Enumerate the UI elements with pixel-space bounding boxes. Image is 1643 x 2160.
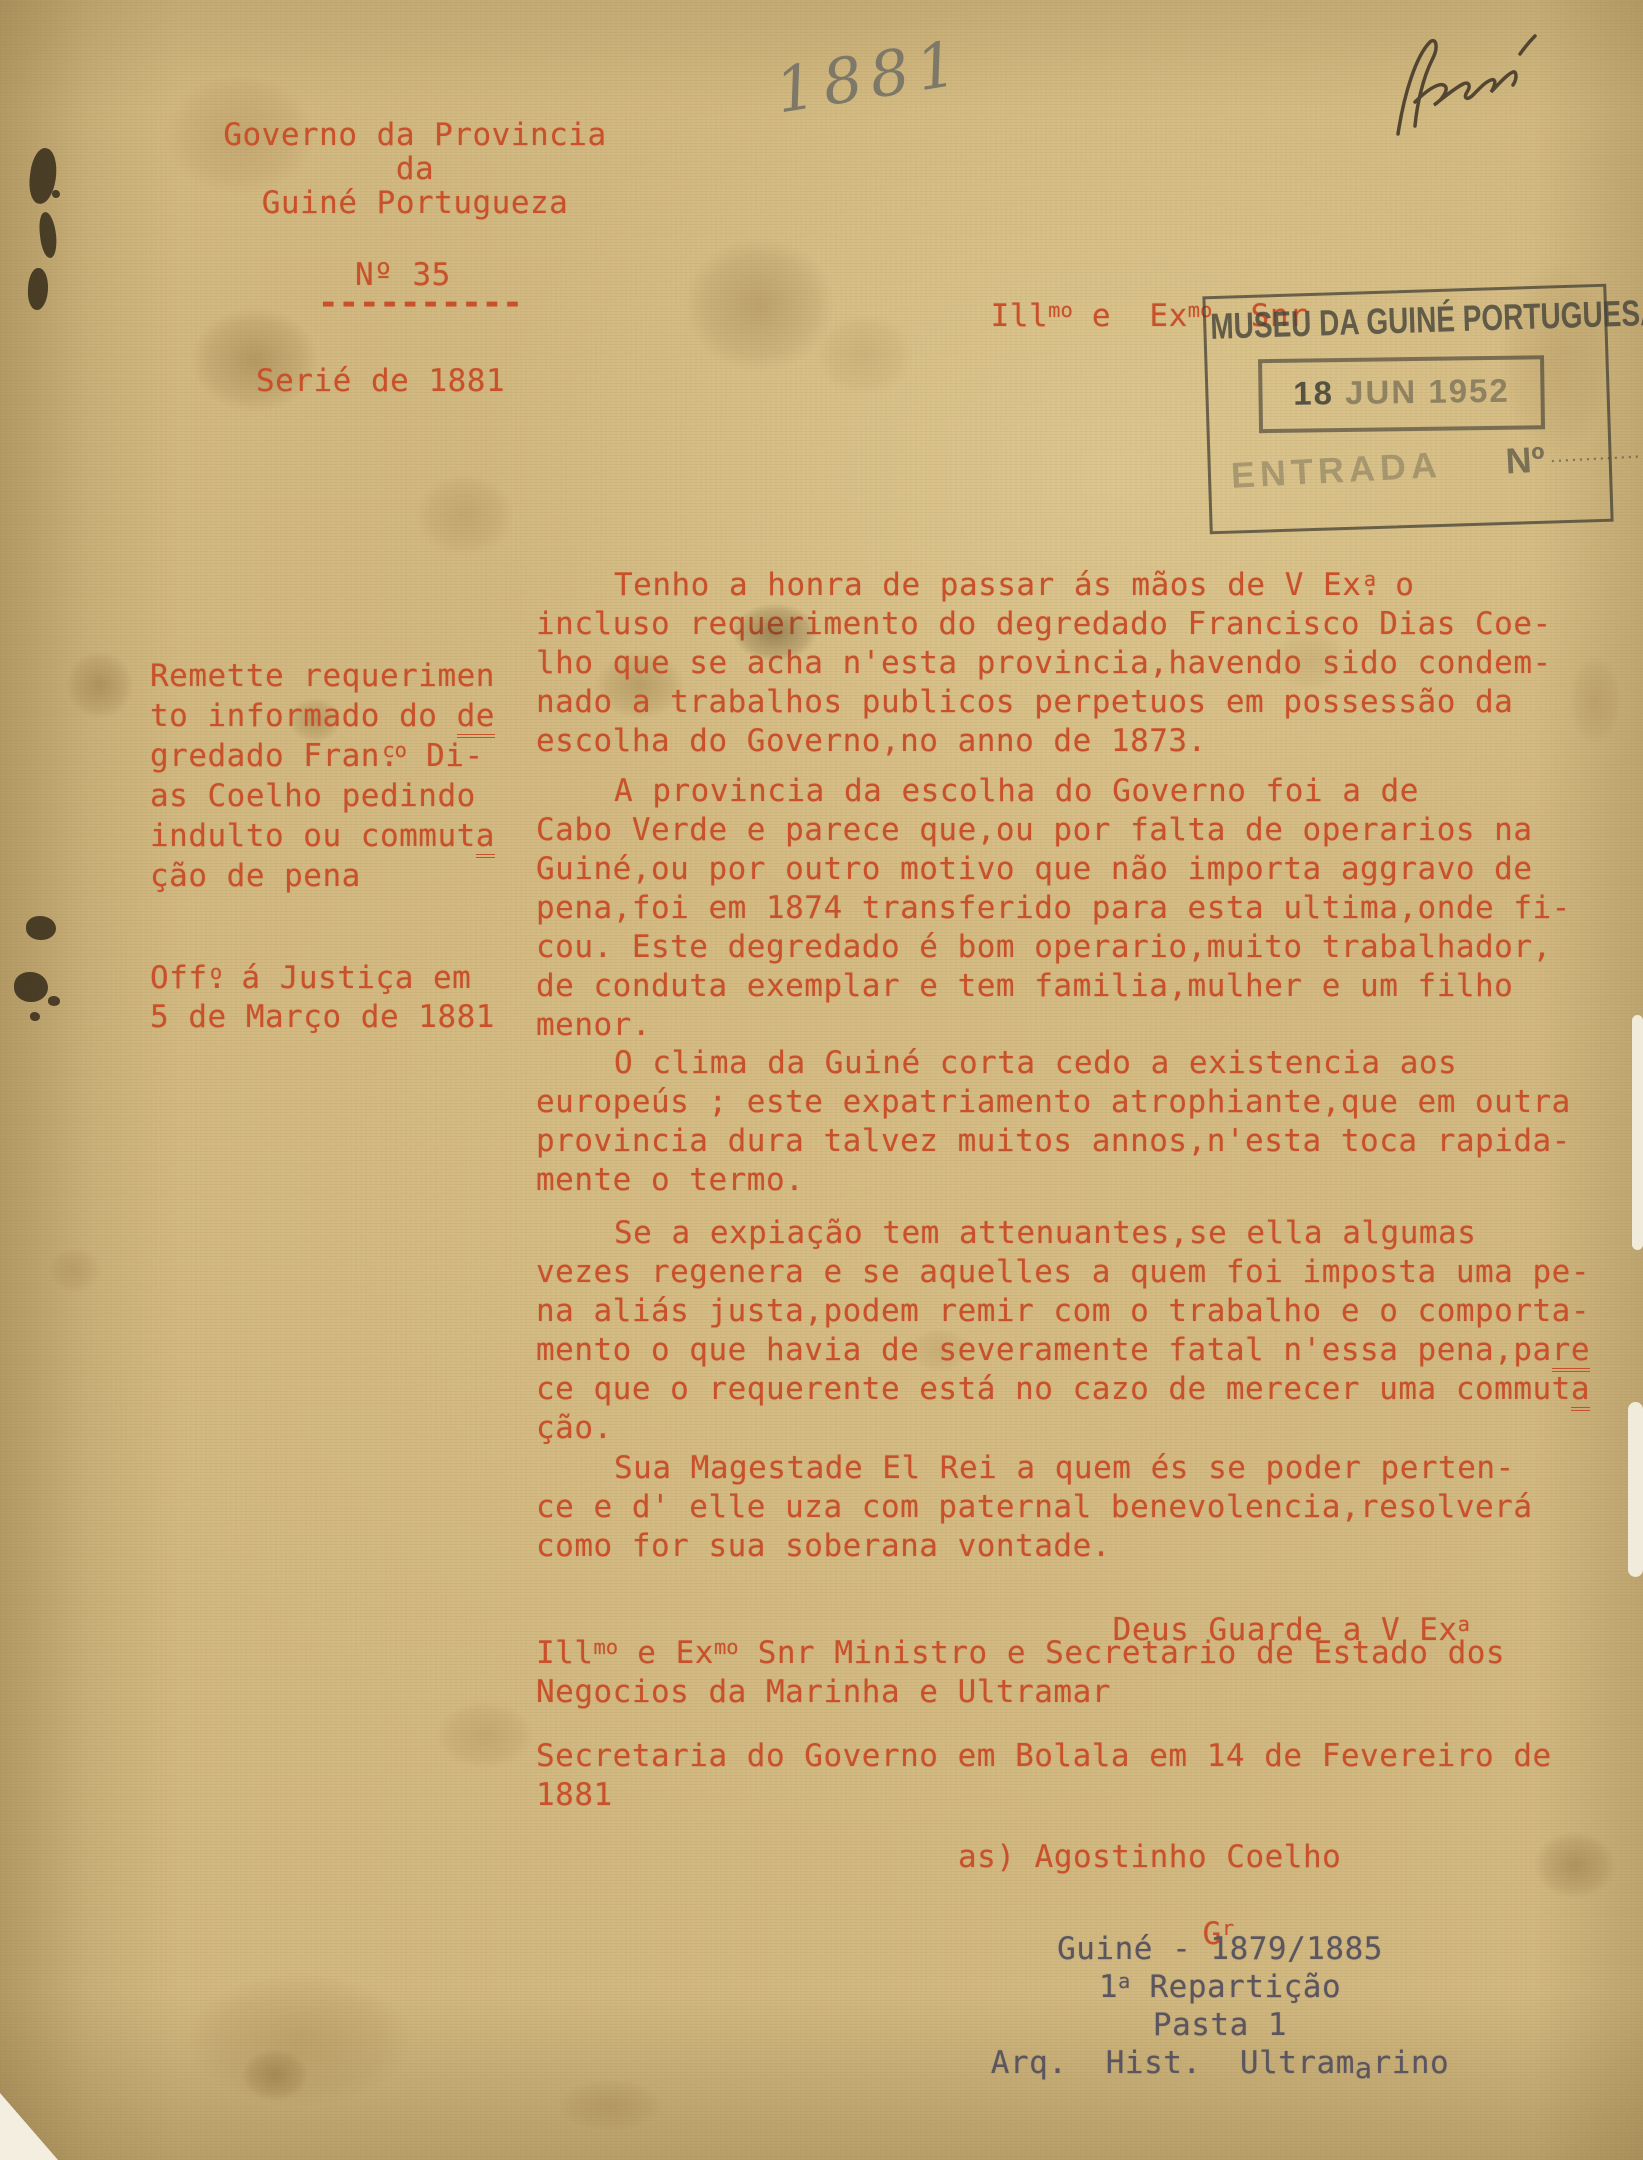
paper-stain xyxy=(540,2070,680,2140)
paragraph-line: na aliás justa,podem remir com o trabalh… xyxy=(536,1292,1616,1331)
paragraph-line: Guiné,ou por outro motivo que não import… xyxy=(536,850,1616,889)
archive-text: 1 xyxy=(1099,1969,1118,2005)
paragraph-line: Se a expiação tem attenuantes,se ella al… xyxy=(536,1214,1616,1253)
dateline-line: 1881 xyxy=(536,1776,1552,1815)
paragraph-line: lho que se acha n'esta provincia,havendo… xyxy=(536,644,1616,683)
margin-note-text: gredado Fran xyxy=(150,738,380,774)
ink-blot xyxy=(52,190,60,198)
paragraph-line: Sua Magestade El Rei a quem és se poder … xyxy=(536,1449,1616,1488)
paragraph-text: mento o que havia de severamente fatal n… xyxy=(536,1332,1552,1368)
ink-blot xyxy=(27,267,50,310)
addressee-line: Illmo e Exmo Snr Ministro e Secretario d… xyxy=(536,1634,1505,1673)
salutation-sup: mo xyxy=(1048,298,1073,322)
paragraph-line: pena,foi em 1874 transferido para esta u… xyxy=(536,889,1616,928)
paragraph-line: vezes regenera e se aquelles a quem foi … xyxy=(536,1253,1616,1292)
stamp-date-rest: JUN 1952 xyxy=(1334,372,1510,411)
paragraph-line: europeús ; este expatriamento atrophiant… xyxy=(536,1083,1616,1122)
paragraph: Tenho a honra de passar ás mãos de V Ex.… xyxy=(536,566,1616,761)
stamp-title: MUSEU DA GUINÉ PORTUGUESA xyxy=(1210,294,1601,348)
office-reference-note: Off.o á Justiça em 5 de Março de 1881 xyxy=(150,959,495,1037)
paragraph-underlined: re xyxy=(1552,1332,1590,1372)
salutation-text: Ill xyxy=(991,298,1049,334)
paragraph-line: mente o termo. xyxy=(536,1161,1616,1200)
margin-note-line: Remette requerimen xyxy=(150,656,495,696)
margin-note-underlined: a xyxy=(476,818,495,858)
stamp-entry-no: Nº xyxy=(1505,438,1546,481)
addressee-line: Negocios da Marinha e Ultramar xyxy=(536,1673,1505,1712)
office-note-line: 5 de Março de 1881 xyxy=(150,998,495,1037)
archive-text: Arq. Hist. Ultram xyxy=(991,2045,1355,2081)
ink-blot xyxy=(26,916,56,940)
paragraph-text: Tenho a honra de passar ás mãos de V Ex xyxy=(614,567,1361,603)
archive-text: Repartição xyxy=(1130,1969,1341,2005)
archive-line: 1a Repartição xyxy=(930,1968,1510,2006)
divider-dashes: ---------- xyxy=(318,284,523,323)
margin-note-text: indulto ou commut xyxy=(150,818,476,854)
archive-text: rino xyxy=(1373,2045,1450,2081)
letterhead-line: Governo da Provincia xyxy=(210,118,620,152)
paper-edge-chip xyxy=(1628,1402,1643,1577)
addressee-text: Ill xyxy=(536,1635,594,1671)
letterhead: Governo da Provincia da Guiné Portugueza xyxy=(210,118,620,220)
handwritten-signature-icon xyxy=(1370,22,1570,147)
margin-summary-note: Remette requerimen to informado do de gr… xyxy=(150,656,495,896)
stamp-entry-line: ENTRADANº············· xyxy=(1230,433,1643,496)
margin-note-line: to informado do de xyxy=(150,696,495,736)
stamp-date-day: 18 xyxy=(1293,374,1334,412)
paper-edge-chip xyxy=(1632,1015,1643,1250)
paragraph-line: Cabo Verde e parece que,ou por falta de … xyxy=(536,811,1616,850)
paper-stain xyxy=(40,1240,110,1300)
addressee-sup: mo xyxy=(594,1635,619,1659)
office-note-sup: o xyxy=(210,960,222,984)
archive-reference: Guiné - 1879/1885 1a Repartição Pasta 1 … xyxy=(930,1930,1510,2083)
ink-blot xyxy=(30,1012,40,1021)
archive-line: Pasta 1 xyxy=(930,2006,1510,2044)
stamp-date-box: 18 JUN 1952 xyxy=(1258,355,1545,433)
paragraph-line: ce que o requerente está no cazo de mere… xyxy=(536,1370,1616,1409)
paragraph-text: ce que o requerente está no cazo de mere… xyxy=(536,1371,1571,1407)
paragraph-line: provincia dura talvez muitos annos,n'est… xyxy=(536,1122,1616,1161)
office-note-text: á Justiça em xyxy=(222,960,471,996)
margin-note-text: to informado do xyxy=(150,698,457,734)
stamp-entry-dots: ············· xyxy=(1550,448,1642,470)
archive-sup: a xyxy=(1118,1969,1130,1993)
paragraph-text: o xyxy=(1376,567,1414,603)
paper-stain xyxy=(800,300,930,410)
archive-sub: a xyxy=(1355,2052,1373,2085)
paper-stain xyxy=(150,1950,450,2130)
paper-stain xyxy=(420,1690,550,1780)
paragraph-line: como for sua soberana vontade. xyxy=(536,1527,1616,1566)
margin-note-line: indulto ou commuta xyxy=(150,816,495,856)
office-note-line: Off.o á Justiça em xyxy=(150,959,495,998)
signature-line: as) Agostinho Coelho xyxy=(958,1838,1341,1877)
paragraph-line: ção. xyxy=(536,1409,1616,1448)
ink-blot xyxy=(38,211,59,258)
paper-stain xyxy=(230,2040,320,2110)
margin-note-text: Di- xyxy=(407,738,484,774)
paper-stain xyxy=(660,215,860,395)
margin-note-line: ção de pena xyxy=(150,856,495,896)
addressee-sup: mo xyxy=(714,1635,739,1659)
paper-stain xyxy=(1520,1820,1630,1910)
archive-line: Guiné - 1879/1885 xyxy=(930,1930,1510,1968)
museum-stamp: MUSEU DA GUINÉ PORTUGUESA 18 JUN 1952 EN… xyxy=(1202,284,1613,535)
paragraph: Se a expiação tem attenuantes,se ella al… xyxy=(536,1214,1616,1448)
paragraph-line: incluso requerimento do degredado Franci… xyxy=(536,605,1616,644)
paragraph-line: escolha do Governo,no anno de 1873. xyxy=(536,722,1616,761)
addressee-text: e Ex xyxy=(618,1635,714,1671)
paper-corner xyxy=(0,2093,58,2160)
stamp-entry-label: ENTRADA xyxy=(1230,444,1443,496)
paragraph-line: menor. xyxy=(536,1006,1616,1045)
ink-blot xyxy=(14,972,48,1002)
paragraph: A provincia da escolha do Governo foi a … xyxy=(536,772,1616,1045)
margin-note-line: as Coelho pedindo xyxy=(150,776,495,816)
salutation-text: e Ex xyxy=(1073,298,1188,334)
ink-blot xyxy=(48,996,60,1006)
addressee-text: Snr Ministro e Secretario de Estado dos xyxy=(739,1635,1506,1671)
closing-sup: a xyxy=(1458,1612,1470,1636)
paragraph-sup: a xyxy=(1364,567,1376,591)
paragraph-line: nado a trabalhos publicos perpetuos em p… xyxy=(536,683,1616,722)
letterhead-line: da xyxy=(210,152,620,186)
paragraph-line: de conduta exemplar e tem familia,mulher… xyxy=(536,967,1616,1006)
letterhead-line: Guiné Portugueza xyxy=(210,186,620,220)
paper-stain xyxy=(55,640,145,730)
margin-note-underlined: de xyxy=(457,698,495,738)
archive-line: Arq. Hist. Ultramarino xyxy=(930,2044,1510,2083)
paragraph-line: A provincia da escolha do Governo foi a … xyxy=(536,772,1616,811)
paragraph: O clima da Guiné corta cedo a existencia… xyxy=(536,1044,1616,1200)
office-note-text: Off xyxy=(150,960,208,996)
addressee-block: Illmo e Exmo Snr Ministro e Secretario d… xyxy=(536,1634,1505,1712)
handwritten-year: 1881 xyxy=(770,26,969,128)
paragraph-line: mento o que havia de severamente fatal n… xyxy=(536,1331,1616,1370)
series-label: Serié de 1881 xyxy=(256,362,505,401)
margin-note-line: gredado Fran.co Di- xyxy=(150,736,495,776)
paragraph-underlined: a xyxy=(1571,1371,1590,1411)
scanned-document: Governo da Provincia da Guiné Portugueza… xyxy=(0,0,1643,2160)
dateline-block: Secretaria do Governo em Bolala em 14 de… xyxy=(536,1737,1552,1815)
paragraph: Sua Magestade El Rei a quem és se poder … xyxy=(536,1449,1616,1566)
paragraph-line: cou. Este degredado é bom operario,muito… xyxy=(536,928,1616,967)
paragraph-line: ce e d' elle uza com paternal benevolenc… xyxy=(536,1488,1616,1527)
paper-stain xyxy=(170,290,340,430)
dateline-line: Secretaria do Governo em Bolala em 14 de… xyxy=(536,1737,1552,1776)
paper-stain xyxy=(400,460,530,570)
margin-note-sup: co xyxy=(382,738,407,762)
paragraph-line: O clima da Guiné corta cedo a existencia… xyxy=(536,1044,1616,1083)
paragraph-line: Tenho a honra de passar ás mãos de V Ex.… xyxy=(536,566,1616,605)
